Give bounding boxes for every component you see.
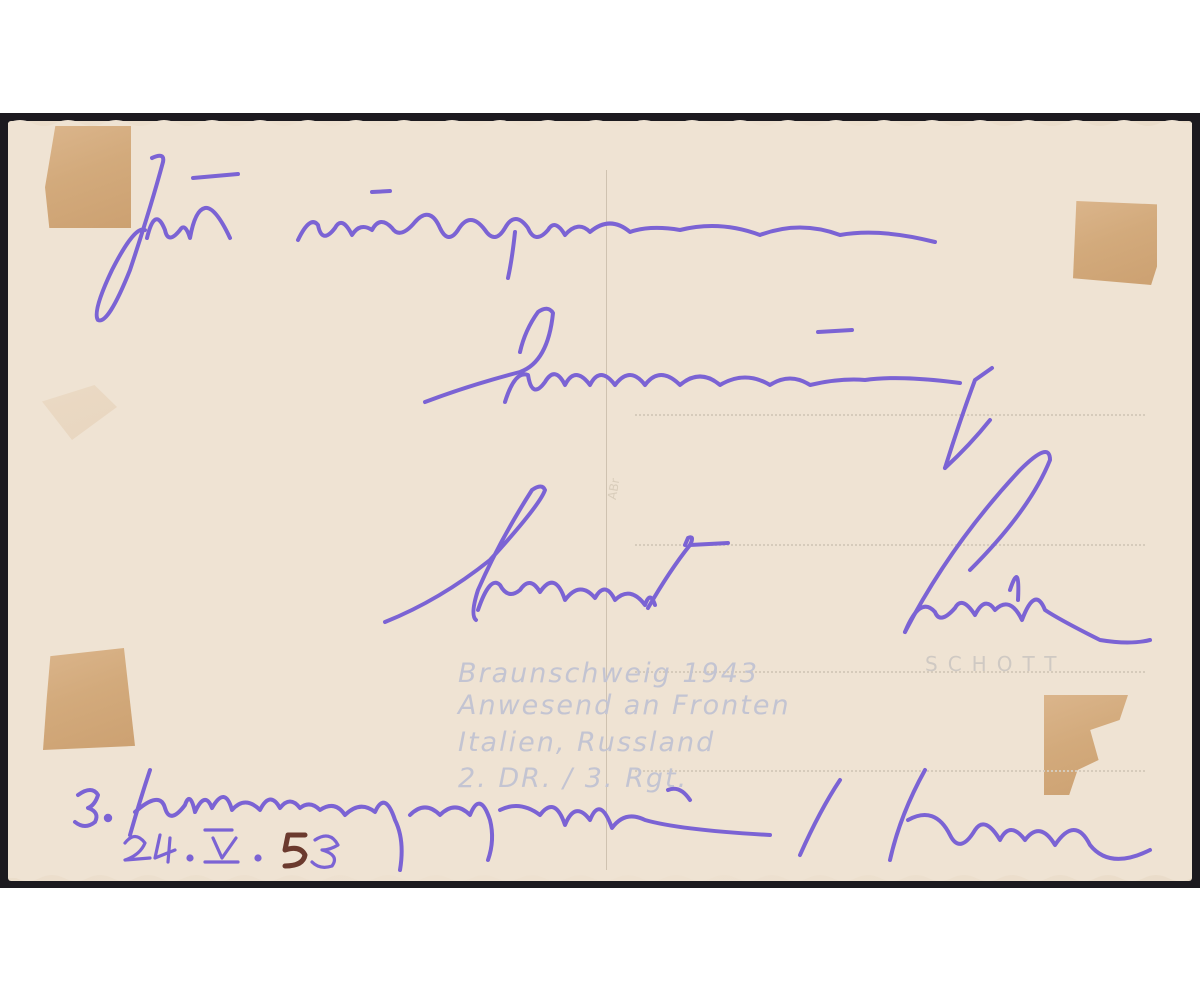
glue-residue-top-right [1073,201,1157,285]
pencil-name-stamp: SCHOTT [925,652,1067,676]
pencil-note-line-2: Anwesend an Fronten [458,690,791,721]
address-line-1 [635,414,1145,416]
address-line-4 [635,770,1145,772]
glue-residue-bottom-left [43,648,135,750]
pencil-note-line-3: Italien, Russland [458,727,715,758]
pencil-note-line-1: Braunschweig 1943 [458,658,759,689]
